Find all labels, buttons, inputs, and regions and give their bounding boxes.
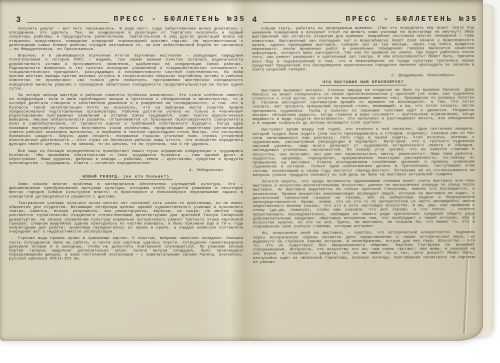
paragraph: Всё чаще на большую определённость приоб… [9, 149, 243, 165]
paragraph: За четыре месяца шахтёры и рабочие комит… [9, 94, 243, 147]
paragraph: Но, испытанное иной на выставке, — чувст… [253, 231, 475, 265]
right-page-body: собрав театр, работать на непрерывном вр… [252, 26, 475, 267]
paragraph: собрав театр, работать на непрерывном вр… [252, 26, 474, 72]
left-page-body: получить диалог — вот чего показывалось.… [9, 27, 243, 264]
paragraph: Впрочем, и в занимающихся изучением итог… [9, 54, 243, 91]
header-rule [27, 22, 109, 23]
signature: С. Владимиров, Новосибирск. [252, 74, 474, 79]
paragraph: Зима начала многие проблемы в материальн… [9, 182, 243, 198]
section-heading-text: ЧТО ПОСТАВИЛ НАМ КРАСНОЯРСК? [320, 80, 407, 86]
scanned-bulletin-spread: 3 ПРЕСС - БЮЛЛЕТЕНЬ №35 4 ПРЕСС - БЮЛЛЕТ… [0, 0, 500, 363]
header-rule [263, 22, 341, 23]
left-page-header: 3 ПРЕСС - БЮЛЛЕТЕНЬ №35 [16, 16, 246, 25]
section-heading: ЧТО ПОСТАВИЛ НАМ КРАСНОЯРСК? [252, 80, 474, 85]
right-page-header: 4 ПРЕСС - БЮЛЛЕТЕНЬ №35 [252, 16, 478, 25]
bulletin-title: ПРЕСС - БЮЛЛЕТЕНЬ №35 [346, 16, 478, 25]
paragraph: Наступает время между той годой, кто отн… [252, 127, 474, 177]
paragraph: получить диалог — вот чего показывалось.… [9, 27, 243, 52]
paragraph: Театральное училище получило после многи… [9, 201, 243, 234]
signature: А. Лебединская. [9, 168, 243, 172]
section-heading-text: НОВЫЙ РЕКОРД, (но кто больше?) [79, 174, 172, 180]
paragraph: Хочется верить, что среди активности оди… [253, 179, 475, 229]
section-heading: НОВЫЙ РЕКОРД, (но кто больше?) [9, 175, 243, 179]
right-page-number: 4 [252, 17, 258, 25]
left-page-number: 3 [16, 17, 22, 25]
paragraph: Выставка вызывает интерес. Столько народ… [252, 88, 474, 126]
paragraph: Горячая вода пришла прямо в хранилище ка… [9, 237, 243, 262]
bulletin-title: ПРЕСС - БЮЛЛЕТЕНЬ №35 [114, 16, 246, 25]
